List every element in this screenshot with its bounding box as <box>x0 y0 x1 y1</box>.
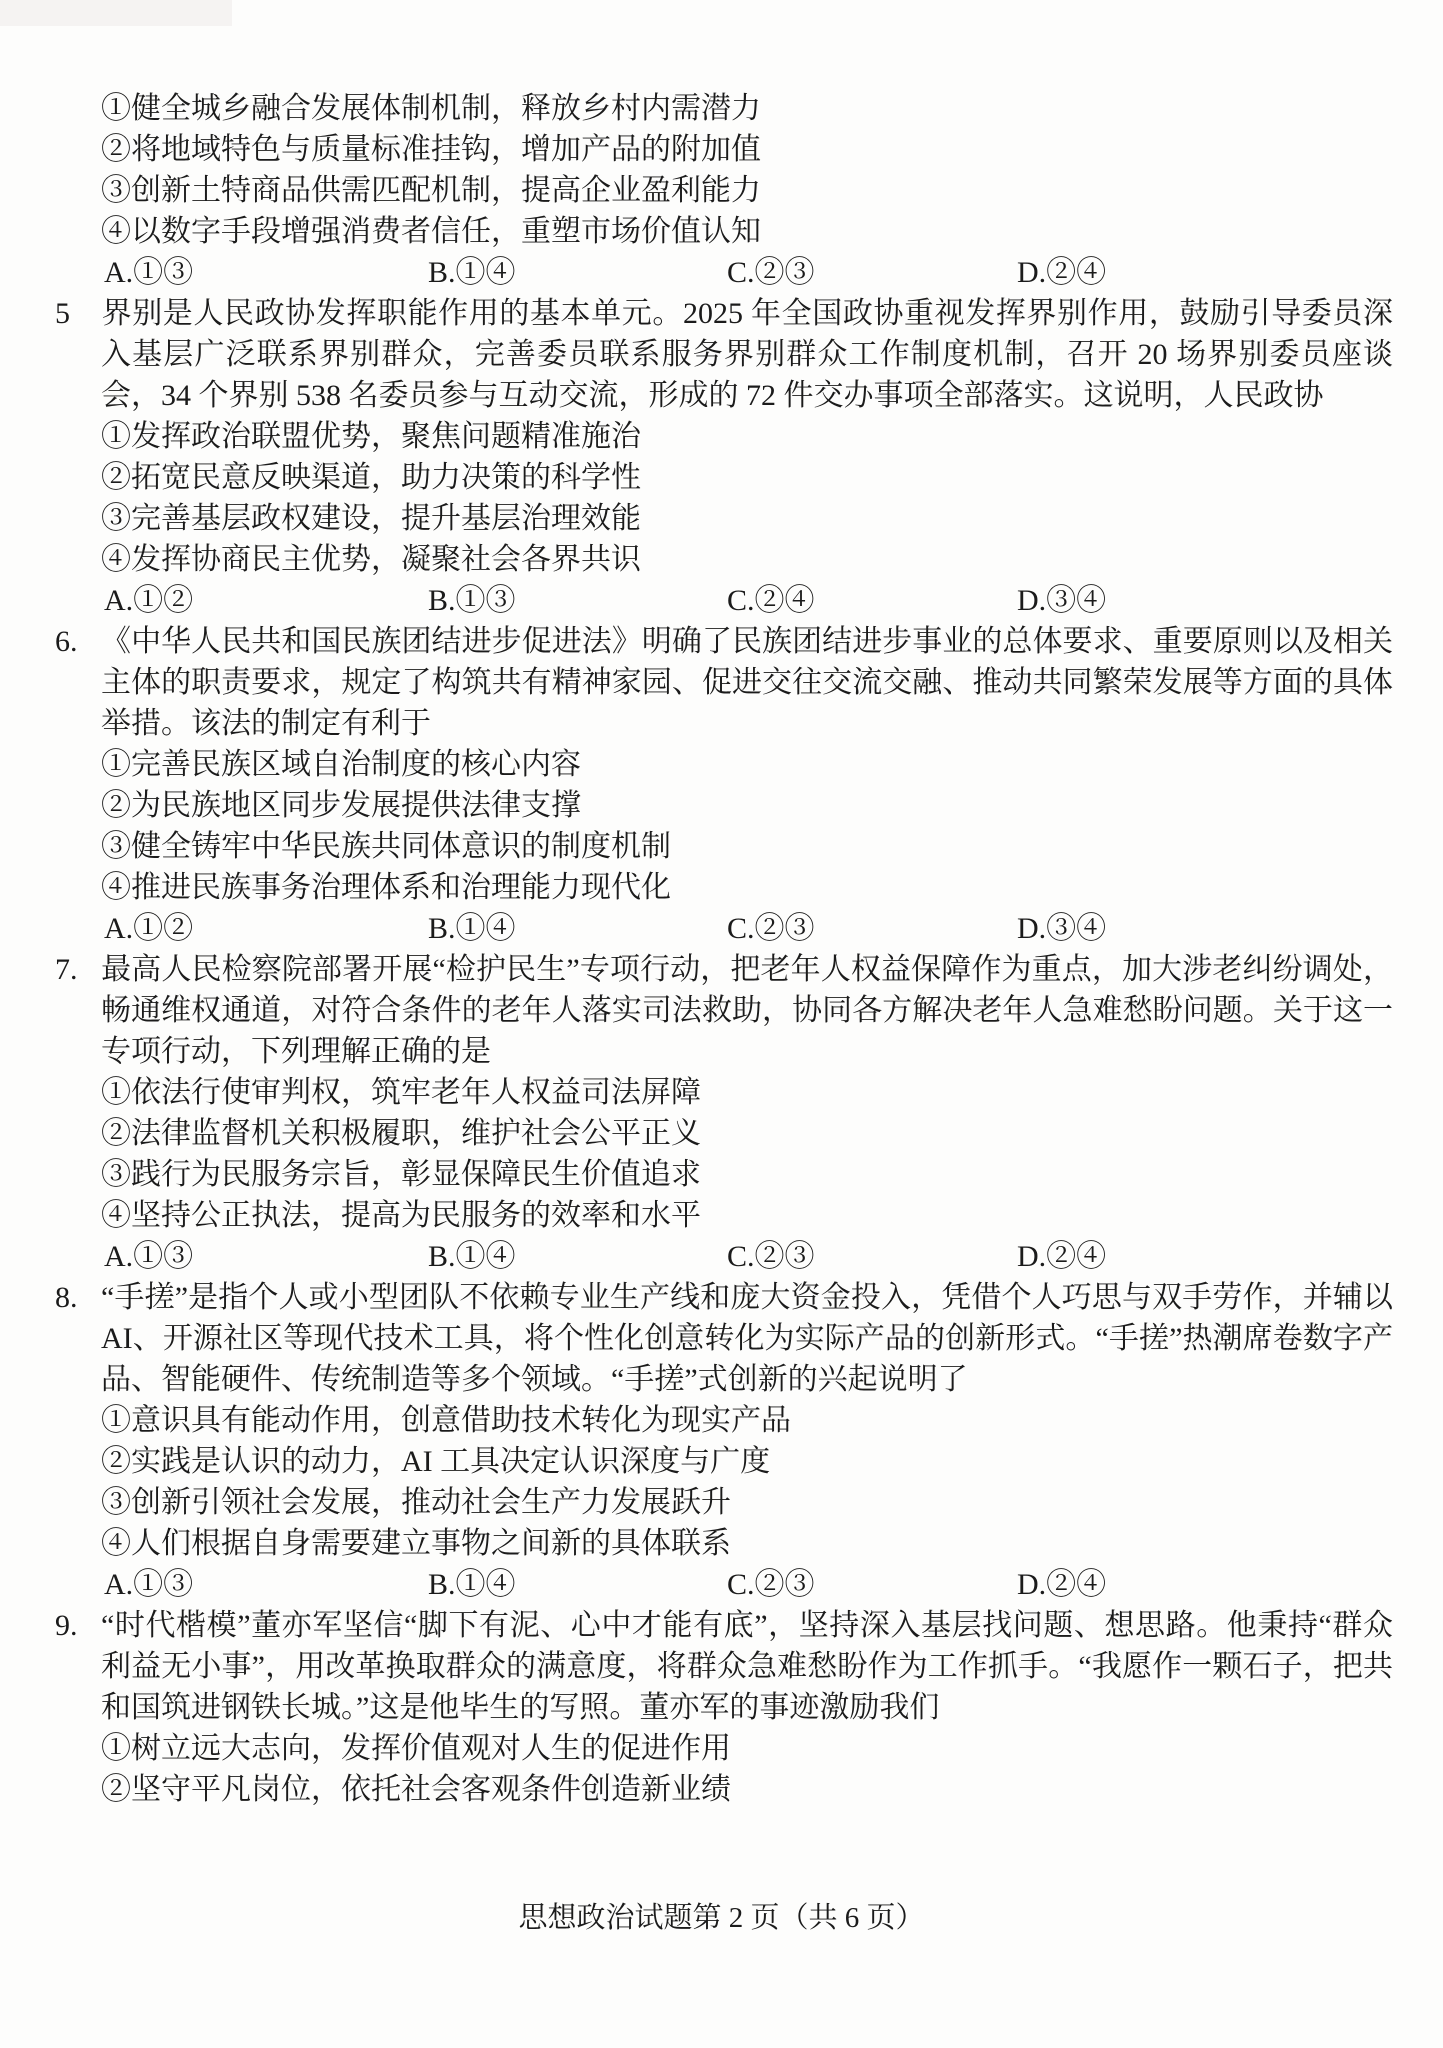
statement-line: ②法律监督机关积极履职，维护社会公平正义 <box>55 1113 1393 1154</box>
option-b: B.①④ <box>428 252 727 293</box>
option-d: D.③④ <box>1017 580 1106 621</box>
option-a: A.①③ <box>104 1236 428 1277</box>
statement-line: ④人们根据自身需要建立事物之间新的具体联系 <box>55 1523 1393 1564</box>
answer-options-row: A.①②B.①③C.②④D.③④ <box>55 580 1393 621</box>
question-8: 8.“手搓”是指个人或小型团队不依赖专业生产线和庞大资金投入，凭借个人巧思与双手… <box>55 1277 1393 1605</box>
option-a: A.①② <box>104 580 428 621</box>
option-d: D.③④ <box>1017 908 1106 949</box>
statement-line: ②坚守平凡岗位，依托社会客观条件创造新业绩 <box>55 1769 1393 1810</box>
statement-line: ③健全铸牢中华民族共同体意识的制度机制 <box>55 826 1393 867</box>
option-b: B.①④ <box>428 908 727 949</box>
statement-line: ②拓宽民意反映渠道，助力决策的科学性 <box>55 457 1393 498</box>
option-c: C.②④ <box>727 580 1017 621</box>
question-body: 8.“手搓”是指个人或小型团队不依赖专业生产线和庞大资金投入，凭借个人巧思与双手… <box>55 1277 1393 1400</box>
question-text: “手搓”是指个人或小型团队不依赖专业生产线和庞大资金投入，凭借个人巧思与双手劳作… <box>101 1281 1393 1396</box>
statement-line: ①树立远大志向，发挥价值观对人生的促进作用 <box>55 1728 1393 1769</box>
statement-line: ④推进民族事务治理体系和治理能力现代化 <box>55 867 1393 908</box>
question-list: ①健全城乡融合发展体制机制，释放乡村内需潜力②将地域特色与质量标准挂钩，增加产品… <box>55 88 1393 1810</box>
option-a: A.①③ <box>104 1564 428 1605</box>
statement-line: ③践行为民服务宗旨，彰显保障民生价值追求 <box>55 1154 1393 1195</box>
statement-line: ③创新引领社会发展，推动社会生产力发展跃升 <box>55 1482 1393 1523</box>
statement-line: ②实践是认识的动力，AI 工具决定认识深度与广度 <box>55 1441 1393 1482</box>
option-d: D.②④ <box>1017 1564 1106 1605</box>
statement-line: ①意识具有能动作用，创意借助技术转化为现实产品 <box>55 1400 1393 1441</box>
answer-options-row: A.①③B.①④C.②③D.②④ <box>55 1564 1393 1605</box>
statement-line: ④发挥协商民主优势，凝聚社会各界共识 <box>55 539 1393 580</box>
page-footer-text: 思想政治试题第 2 页（共 6 页） <box>518 1902 924 1934</box>
question-body: 5界别是人民政协发挥职能作用的基本单元。2025 年全国政协重视发挥界别作用，鼓… <box>55 293 1393 416</box>
statement-line: ②为民族地区同步发展提供法律支撑 <box>55 785 1393 826</box>
option-d: D.②④ <box>1017 252 1106 293</box>
statement-line: ③完善基层政权建设，提升基层治理效能 <box>55 498 1393 539</box>
statement-line: ①健全城乡融合发展体制机制，释放乡村内需潜力 <box>55 88 1393 129</box>
statement-line: ④坚持公正执法，提高为民服务的效率和水平 <box>55 1195 1393 1236</box>
question-text: 最高人民检察院部署开展“检护民生”专项行动，把老年人权益保障作为重点，加大涉老纠… <box>101 953 1393 1068</box>
statement-line: ①发挥政治联盟优势，聚焦问题精准施治 <box>55 416 1393 457</box>
answer-options-row: A.①②B.①④C.②③D.③④ <box>55 908 1393 949</box>
answer-options-row: A.①③B.①④C.②③D.②④ <box>55 252 1393 293</box>
option-c: C.②③ <box>727 252 1017 293</box>
statement-line: ④以数字手段增强消费者信任，重塑市场价值认知 <box>55 211 1393 252</box>
question-text: 《中华人民共和国民族团结进步促进法》明确了民族团结进步事业的总体要求、重要原则以… <box>101 625 1393 740</box>
statement-line: ②将地域特色与质量标准挂钩，增加产品的附加值 <box>55 129 1393 170</box>
question-7: 7.最高人民检察院部署开展“检护民生”专项行动，把老年人权益保障作为重点，加大涉… <box>55 949 1393 1277</box>
option-b: B.①④ <box>428 1236 727 1277</box>
question-5: 5界别是人民政协发挥职能作用的基本单元。2025 年全国政协重视发挥界别作用，鼓… <box>55 293 1393 621</box>
question-body: 6.《中华人民共和国民族团结进步促进法》明确了民族团结进步事业的总体要求、重要原… <box>55 621 1393 744</box>
question-text: “时代楷模”董亦军坚信“脚下有泥、心中才能有底”，坚持深入基层找问题、想思路。他… <box>101 1609 1393 1724</box>
question-number: 5 <box>55 293 101 334</box>
question-6: 6.《中华人民共和国民族团结进步促进法》明确了民族团结进步事业的总体要求、重要原… <box>55 621 1393 949</box>
question-number: 7. <box>55 949 101 990</box>
option-d: D.②④ <box>1017 1236 1106 1277</box>
option-c: C.②③ <box>727 1564 1017 1605</box>
question-9: 9.“时代楷模”董亦军坚信“脚下有泥、心中才能有底”，坚持深入基层找问题、想思路… <box>55 1605 1393 1810</box>
option-c: C.②③ <box>727 1236 1017 1277</box>
statement-line: ①依法行使审判权，筑牢老年人权益司法屏障 <box>55 1072 1393 1113</box>
statement-line: ③创新土特商品供需匹配机制，提高企业盈利能力 <box>55 170 1393 211</box>
question-number: 6. <box>55 621 101 662</box>
option-c: C.②③ <box>727 908 1017 949</box>
answer-options-row: A.①③B.①④C.②③D.②④ <box>55 1236 1393 1277</box>
question-number: 9. <box>55 1605 101 1646</box>
option-a: A.①② <box>104 908 428 949</box>
option-a: A.①③ <box>104 252 428 293</box>
option-b: B.①④ <box>428 1564 727 1605</box>
page-footer: 思想政治试题第 2 页（共 6 页） <box>0 1898 1443 1939</box>
statement-line: ①完善民族区域自治制度的核心内容 <box>55 744 1393 785</box>
question-partial: ①健全城乡融合发展体制机制，释放乡村内需潜力②将地域特色与质量标准挂钩，增加产品… <box>55 88 1393 293</box>
question-body: 9.“时代楷模”董亦军坚信“脚下有泥、心中才能有底”，坚持深入基层找问题、想思路… <box>55 1605 1393 1728</box>
question-text: 界别是人民政协发挥职能作用的基本单元。2025 年全国政协重视发挥界别作用，鼓励… <box>101 297 1393 412</box>
question-body: 7.最高人民检察院部署开展“检护民生”专项行动，把老年人权益保障作为重点，加大涉… <box>55 949 1393 1072</box>
question-number: 8. <box>55 1277 101 1318</box>
option-b: B.①③ <box>428 580 727 621</box>
exam-page: ①健全城乡融合发展体制机制，释放乡村内需潜力②将地域特色与质量标准挂钩，增加产品… <box>0 0 1443 2048</box>
